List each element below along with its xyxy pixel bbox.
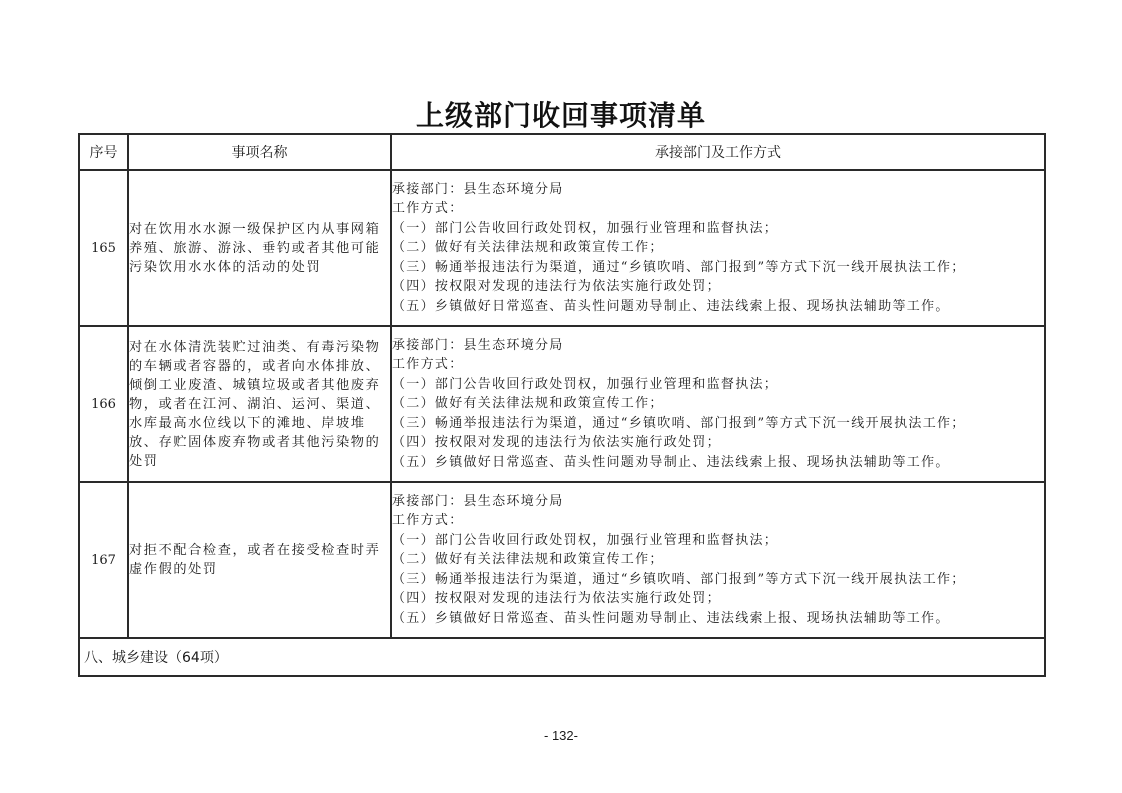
- method-item: （五）乡镇做好日常巡查、苗头性问题劝导制止、违法线索上报、现场执法辅助等工作。: [392, 609, 1044, 628]
- method-dept: 承接部门：县生态环境分局: [392, 336, 1044, 355]
- table-row: 167 对拒不配合检查，或者在接受检查时弄虚作假的处罚 承接部门：县生态环境分局…: [79, 482, 1045, 638]
- row-method: 承接部门：县生态环境分局 工作方式： （一）部门公告收回行政处罚权，加强行业管理…: [391, 482, 1045, 638]
- method-label: 工作方式：: [392, 199, 1044, 218]
- header-method: 承接部门及工作方式: [391, 134, 1045, 170]
- method-item: （一）部门公告收回行政处罚权，加强行业管理和监督执法；: [392, 219, 1044, 238]
- row-method: 承接部门：县生态环境分局 工作方式： （一）部门公告收回行政处罚权，加强行业管理…: [391, 326, 1045, 482]
- method-item: （二）做好有关法律法规和政策宣传工作；: [392, 550, 1044, 569]
- row-method: 承接部门：县生态环境分局 工作方式： （一）部门公告收回行政处罚权，加强行业管理…: [391, 170, 1045, 326]
- method-item: （二）做好有关法律法规和政策宣传工作；: [392, 238, 1044, 257]
- method-item: （四）按权限对发现的违法行为依法实施行政处罚；: [392, 589, 1044, 608]
- method-label: 工作方式：: [392, 511, 1044, 530]
- table-row: 166 对在水体清洗装贮过油类、有毒污染物的车辆或者容器的，或者向水体排放、倾倒…: [79, 326, 1045, 482]
- method-item: （五）乡镇做好日常巡查、苗头性问题劝导制止、违法线索上报、现场执法辅助等工作。: [392, 297, 1044, 316]
- page-number: - 132-: [0, 728, 1122, 743]
- method-item: （一）部门公告收回行政处罚权，加强行业管理和监督执法；: [392, 531, 1044, 550]
- method-item: （三）畅通举报违法行为渠道，通过“乡镇吹哨、部门报到”等方式下沉一线开展执法工作…: [392, 570, 1044, 589]
- table-row: 165 对在饮用水水源一级保护区内从事网箱养殖、旅游、游泳、垂钓或者其他可能污染…: [79, 170, 1045, 326]
- method-item: （五）乡镇做好日常巡查、苗头性问题劝导制止、违法线索上报、现场执法辅助等工作。: [392, 453, 1044, 472]
- row-name: 对拒不配合检查，或者在接受检查时弄虚作假的处罚: [128, 482, 391, 638]
- method-item: （四）按权限对发现的违法行为依法实施行政处罚；: [392, 277, 1044, 296]
- method-label: 工作方式：: [392, 355, 1044, 374]
- method-item: （三）畅通举报违法行为渠道，通过“乡镇吹哨、部门报到”等方式下沉一线开展执法工作…: [392, 414, 1044, 433]
- method-dept: 承接部门：县生态环境分局: [392, 180, 1044, 199]
- matters-table: 序号 事项名称 承接部门及工作方式 165 对在饮用水水源一级保护区内从事网箱养…: [78, 133, 1046, 677]
- method-item: （三）畅通举报违法行为渠道，通过“乡镇吹哨、部门报到”等方式下沉一线开展执法工作…: [392, 258, 1044, 277]
- row-seq: 167: [79, 482, 128, 638]
- row-seq: 165: [79, 170, 128, 326]
- page-title: 上级部门收回事项清单: [0, 94, 1122, 134]
- table-header-row: 序号 事项名称 承接部门及工作方式: [79, 134, 1045, 170]
- row-seq: 166: [79, 326, 128, 482]
- section-heading: 八、城乡建设（64项）: [79, 638, 1045, 676]
- method-dept: 承接部门：县生态环境分局: [392, 492, 1044, 511]
- row-name: 对在水体清洗装贮过油类、有毒污染物的车辆或者容器的，或者向水体排放、倾倒工业废渣…: [128, 326, 391, 482]
- header-seq: 序号: [79, 134, 128, 170]
- header-name: 事项名称: [128, 134, 391, 170]
- row-name: 对在饮用水水源一级保护区内从事网箱养殖、旅游、游泳、垂钓或者其他可能污染饮用水水…: [128, 170, 391, 326]
- method-item: （一）部门公告收回行政处罚权，加强行业管理和监督执法；: [392, 375, 1044, 394]
- method-item: （四）按权限对发现的违法行为依法实施行政处罚；: [392, 433, 1044, 452]
- section-row: 八、城乡建设（64项）: [79, 638, 1045, 676]
- method-item: （二）做好有关法律法规和政策宣传工作；: [392, 394, 1044, 413]
